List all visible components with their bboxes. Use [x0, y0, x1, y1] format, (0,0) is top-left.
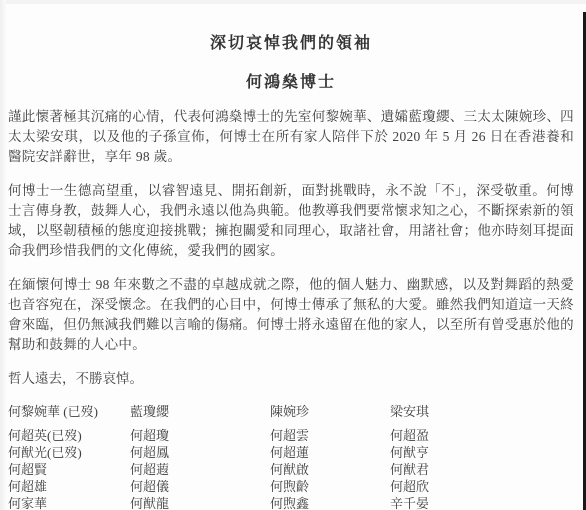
family-row: 何超雄 何超儀 何煦齡 何超欣 [8, 478, 574, 495]
family-row-wives: 何黎婉華 (已歿) 藍瓊纓 陳婉珍 梁安琪 [8, 403, 574, 420]
family-name-cell: 陳婉珍 [270, 403, 390, 420]
family-name-cell: 何猷亨 [390, 444, 574, 461]
family-row: 何家華 何猷龍 何煦鑫 辛千晏 [8, 495, 574, 510]
family-row: 何猷光(已歿) 何超鳳 何超蓮 何猷亨 [8, 444, 574, 461]
family-name-cell: 何超賢 [8, 461, 130, 478]
family-name-cell: 何超欣 [390, 478, 574, 495]
family-name-cell: 何猷君 [390, 461, 574, 478]
memorial-title: 深切哀悼我們的領袖 [8, 34, 574, 54]
closing-line: 哲人遠去，不勝哀悼。 [8, 369, 574, 389]
family-row: 何超賢 何超蕸 何猷啟 何猷君 [8, 461, 574, 478]
announcement-paragraph: 謹此懷著極其沉痛的心情，代表何鴻燊博士的先室何黎婉華、遺孀藍瓊纓、三太太陳婉珍、… [8, 107, 574, 167]
family-name-cell: 辛千晏 [390, 495, 574, 510]
family-name-cell: 何煦鑫 [270, 495, 390, 510]
tribute-paragraph: 何博士一生德高望重，以睿智遠見、開拓創新，面對挑戰時，永不說「不」，深受敬重。何… [8, 181, 574, 261]
obituary-document: 深切哀悼我們的領袖 何鴻燊博士 謹此懷著極其沉痛的心情，代表何鴻燊博士的先室何黎… [0, 0, 586, 510]
family-name-cell: 何超蓮 [270, 444, 390, 461]
family-name-cell: 何超英(已歿) [8, 427, 130, 444]
family-name-cell: 何家華 [8, 495, 130, 510]
family-name-cell: 何超瓊 [130, 427, 270, 444]
family-name-cell: 何超鳳 [130, 444, 270, 461]
family-name-cell: 何黎婉華 (已歿) [8, 403, 130, 420]
family-name-cell: 何超雄 [8, 478, 130, 495]
family-name-cell: 何猷光(已歿) [8, 444, 130, 461]
scan-left-edge [0, 0, 6, 510]
family-name-cell: 藍瓊纓 [130, 403, 270, 420]
family-name-cell: 何超蕸 [130, 461, 270, 478]
family-name-cell: 何超雲 [270, 427, 390, 444]
deceased-name: 何鴻燊博士 [8, 73, 574, 93]
document-content: 深切哀悼我們的領袖 何鴻燊博士 謹此懷著極其沉痛的心情，代表何鴻燊博士的先室何黎… [8, 0, 574, 510]
remembrance-paragraph: 在緬懷何博士 98 年來數之不盡的卓越成就之際，他的個人魅力、幽默感，以及對舞蹈… [8, 275, 574, 355]
family-name-cell: 何猷啟 [270, 461, 390, 478]
family-names-table: 何黎婉華 (已歿) 藍瓊纓 陳婉珍 梁安琪 何超英(已歿) 何超瓊 何超雲 何超… [8, 403, 574, 510]
family-name-cell: 梁安琪 [390, 403, 574, 420]
family-name-cell: 何煦齡 [270, 478, 390, 495]
family-name-cell: 何超儀 [130, 478, 270, 495]
family-name-cell: 何超盈 [390, 427, 574, 444]
family-name-cell: 何猷龍 [130, 495, 270, 510]
family-row: 何超英(已歿) 何超瓊 何超雲 何超盈 [8, 427, 574, 444]
